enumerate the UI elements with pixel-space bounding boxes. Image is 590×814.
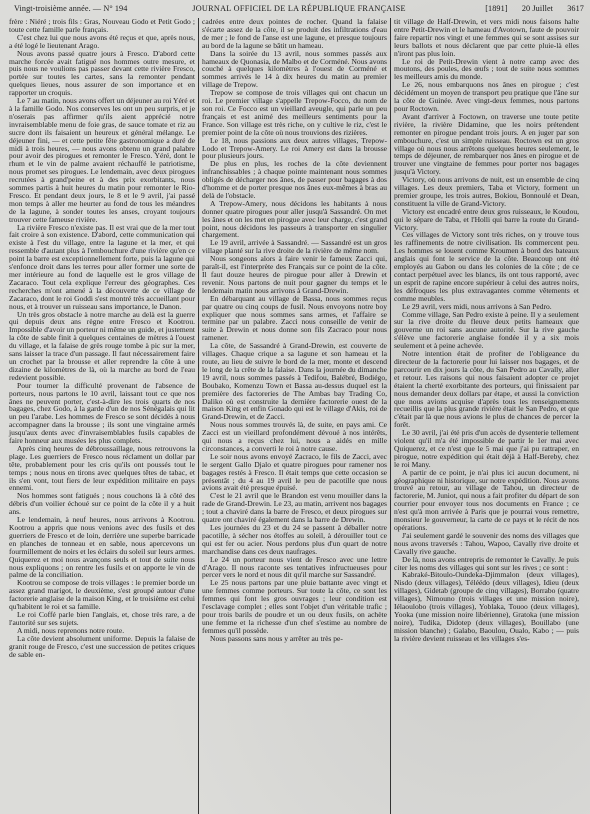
page-number: 3617 (567, 4, 584, 13)
article-paragraph: Le 18, nous passions aux deux autres vil… (202, 137, 387, 161)
article-paragraph: Le roi Coffé parle bien l'anglais, et, c… (9, 611, 195, 627)
article-paragraph: Pour tourner la difficulté provenant de … (9, 382, 195, 445)
article-paragraph: Comme village, San Pedro existe à peine.… (394, 311, 579, 351)
page-header: Vingt-troisième année. — N° 194 JOURNAL … (14, 4, 584, 16)
article-paragraph: La rivière Fresco n'existe pas. Il est v… (9, 224, 195, 311)
article-paragraph: De là, nous avons entrepris de remonter … (394, 556, 579, 572)
article-paragraph: Nous songeons alors à faire venir le fam… (202, 255, 387, 295)
article-paragraph: Victory, où nous arrivons de nuit, est u… (394, 176, 579, 208)
date: 20 Juillet (522, 4, 553, 13)
article-paragraph: Notre intention était de profiter de l'o… (394, 350, 579, 429)
article-paragraph: Le 25 nous partons par une pluie battant… (202, 579, 387, 634)
article-paragraph: Nous avons passé quatre jours à Fresco. … (9, 50, 195, 97)
article-paragraph: Victory est encadré entre deux gros ruis… (394, 208, 579, 232)
article-paragraph: Le roi de Petit-Drewin vient à notre cam… (394, 58, 579, 82)
article-paragraph: J'ai seulement gardé le souvenir des nom… (394, 532, 579, 556)
article-paragraph: A partir de ce point, je n'ai plus ici a… (394, 469, 579, 532)
article-paragraph: Dans la soirée du 13 avril, nous sommes … (202, 50, 387, 90)
article-paragraph: C'est chez lui que nous avons été reçus … (9, 34, 195, 50)
journal-title: JOURNAL OFFICIEL DE LA RÉPUBLIQUE FRANÇA… (154, 4, 444, 13)
article-paragraph: De plus en plus, les roches de la côte d… (202, 160, 387, 200)
article-paragraph: Le 24 un porteur nous vient de Fresco av… (202, 556, 387, 580)
article-paragraph: Kabraké-Bitoulo-Oundeka-Djimmalon (deux … (394, 571, 579, 642)
article-paragraph: Kootrou se compose de trois villages : l… (9, 579, 195, 611)
article-paragraph: Nous nous sommes trouvés là, de suite, e… (202, 421, 387, 453)
article-paragraph: Nous passons sans nous y arrêter au très… (202, 635, 387, 643)
article-paragraph: La côte, de Sassandré à Grand-Drewin, es… (202, 342, 387, 421)
year: [1891] (485, 4, 507, 13)
article-paragraph: Ces villages de Victory sont très riches… (394, 231, 579, 302)
article-paragraph: frère : Niéré ; trois fils : Gras, Nouve… (9, 18, 195, 34)
article-paragraph: Avant d'arriver à Foctown, on traverse u… (394, 113, 579, 176)
date-info: [1891] 20 Juillet 3617 (444, 4, 584, 13)
article-paragraph: C'est le 21 avril que le Brandon est ven… (202, 492, 387, 524)
article-paragraph: Le lendemain, à neuf heures, nous arrivo… (9, 516, 195, 579)
article-paragraph: A Trepow-Amery, nous décidons les habita… (202, 200, 387, 240)
article-columns: frère : Niéré ; trois fils : Gras, Nouve… (6, 18, 590, 814)
article-paragraph: Le 26, nous embarquons nos ânes en pirog… (394, 81, 579, 113)
article-paragraph: En débarquant au village de Bassa, nous … (202, 295, 387, 342)
article-paragraph: tit village de Half-Drewin, et vers midi… (394, 18, 579, 58)
edition-info: Vingt-troisième année. — N° 194 (14, 4, 154, 13)
article-paragraph: Trepow se compose de trois villages qui … (202, 89, 387, 136)
article-paragraph: Un très gros obstacle à notre marche au … (9, 311, 195, 382)
article-paragraph: Le 19 avril, arrivée à Sassandré. — Sass… (202, 239, 387, 255)
article-paragraph: La côte devient absolument uniforme. Dep… (9, 635, 195, 659)
article-paragraph: Les journées du 23 et du 24 se passent à… (202, 524, 387, 556)
article-paragraph: Le soir nous avons envoyé Zacraco, le fi… (202, 453, 387, 493)
article-paragraph: Après cinq heures de débroussaillage, no… (9, 445, 195, 492)
article-paragraph: Le 30 avril, j'ai été pris d'un accès de… (394, 429, 579, 469)
column-2: cadrées entre deux pointes de rocher. Qu… (198, 18, 390, 814)
article-paragraph: Le 7 au matin, nous avons offert un déje… (9, 97, 195, 224)
column-1: frère : Niéré ; trois fils : Gras, Nouve… (6, 18, 198, 814)
newspaper-page: Vingt-troisième année. — N° 194 JOURNAL … (0, 0, 590, 814)
article-paragraph: cadrées entre deux pointes de rocher. Qu… (202, 18, 387, 50)
column-3: tit village de Half-Drewin, et vers midi… (390, 18, 582, 814)
article-paragraph: Nos hommes sont fatigués ; nous couchons… (9, 492, 195, 516)
